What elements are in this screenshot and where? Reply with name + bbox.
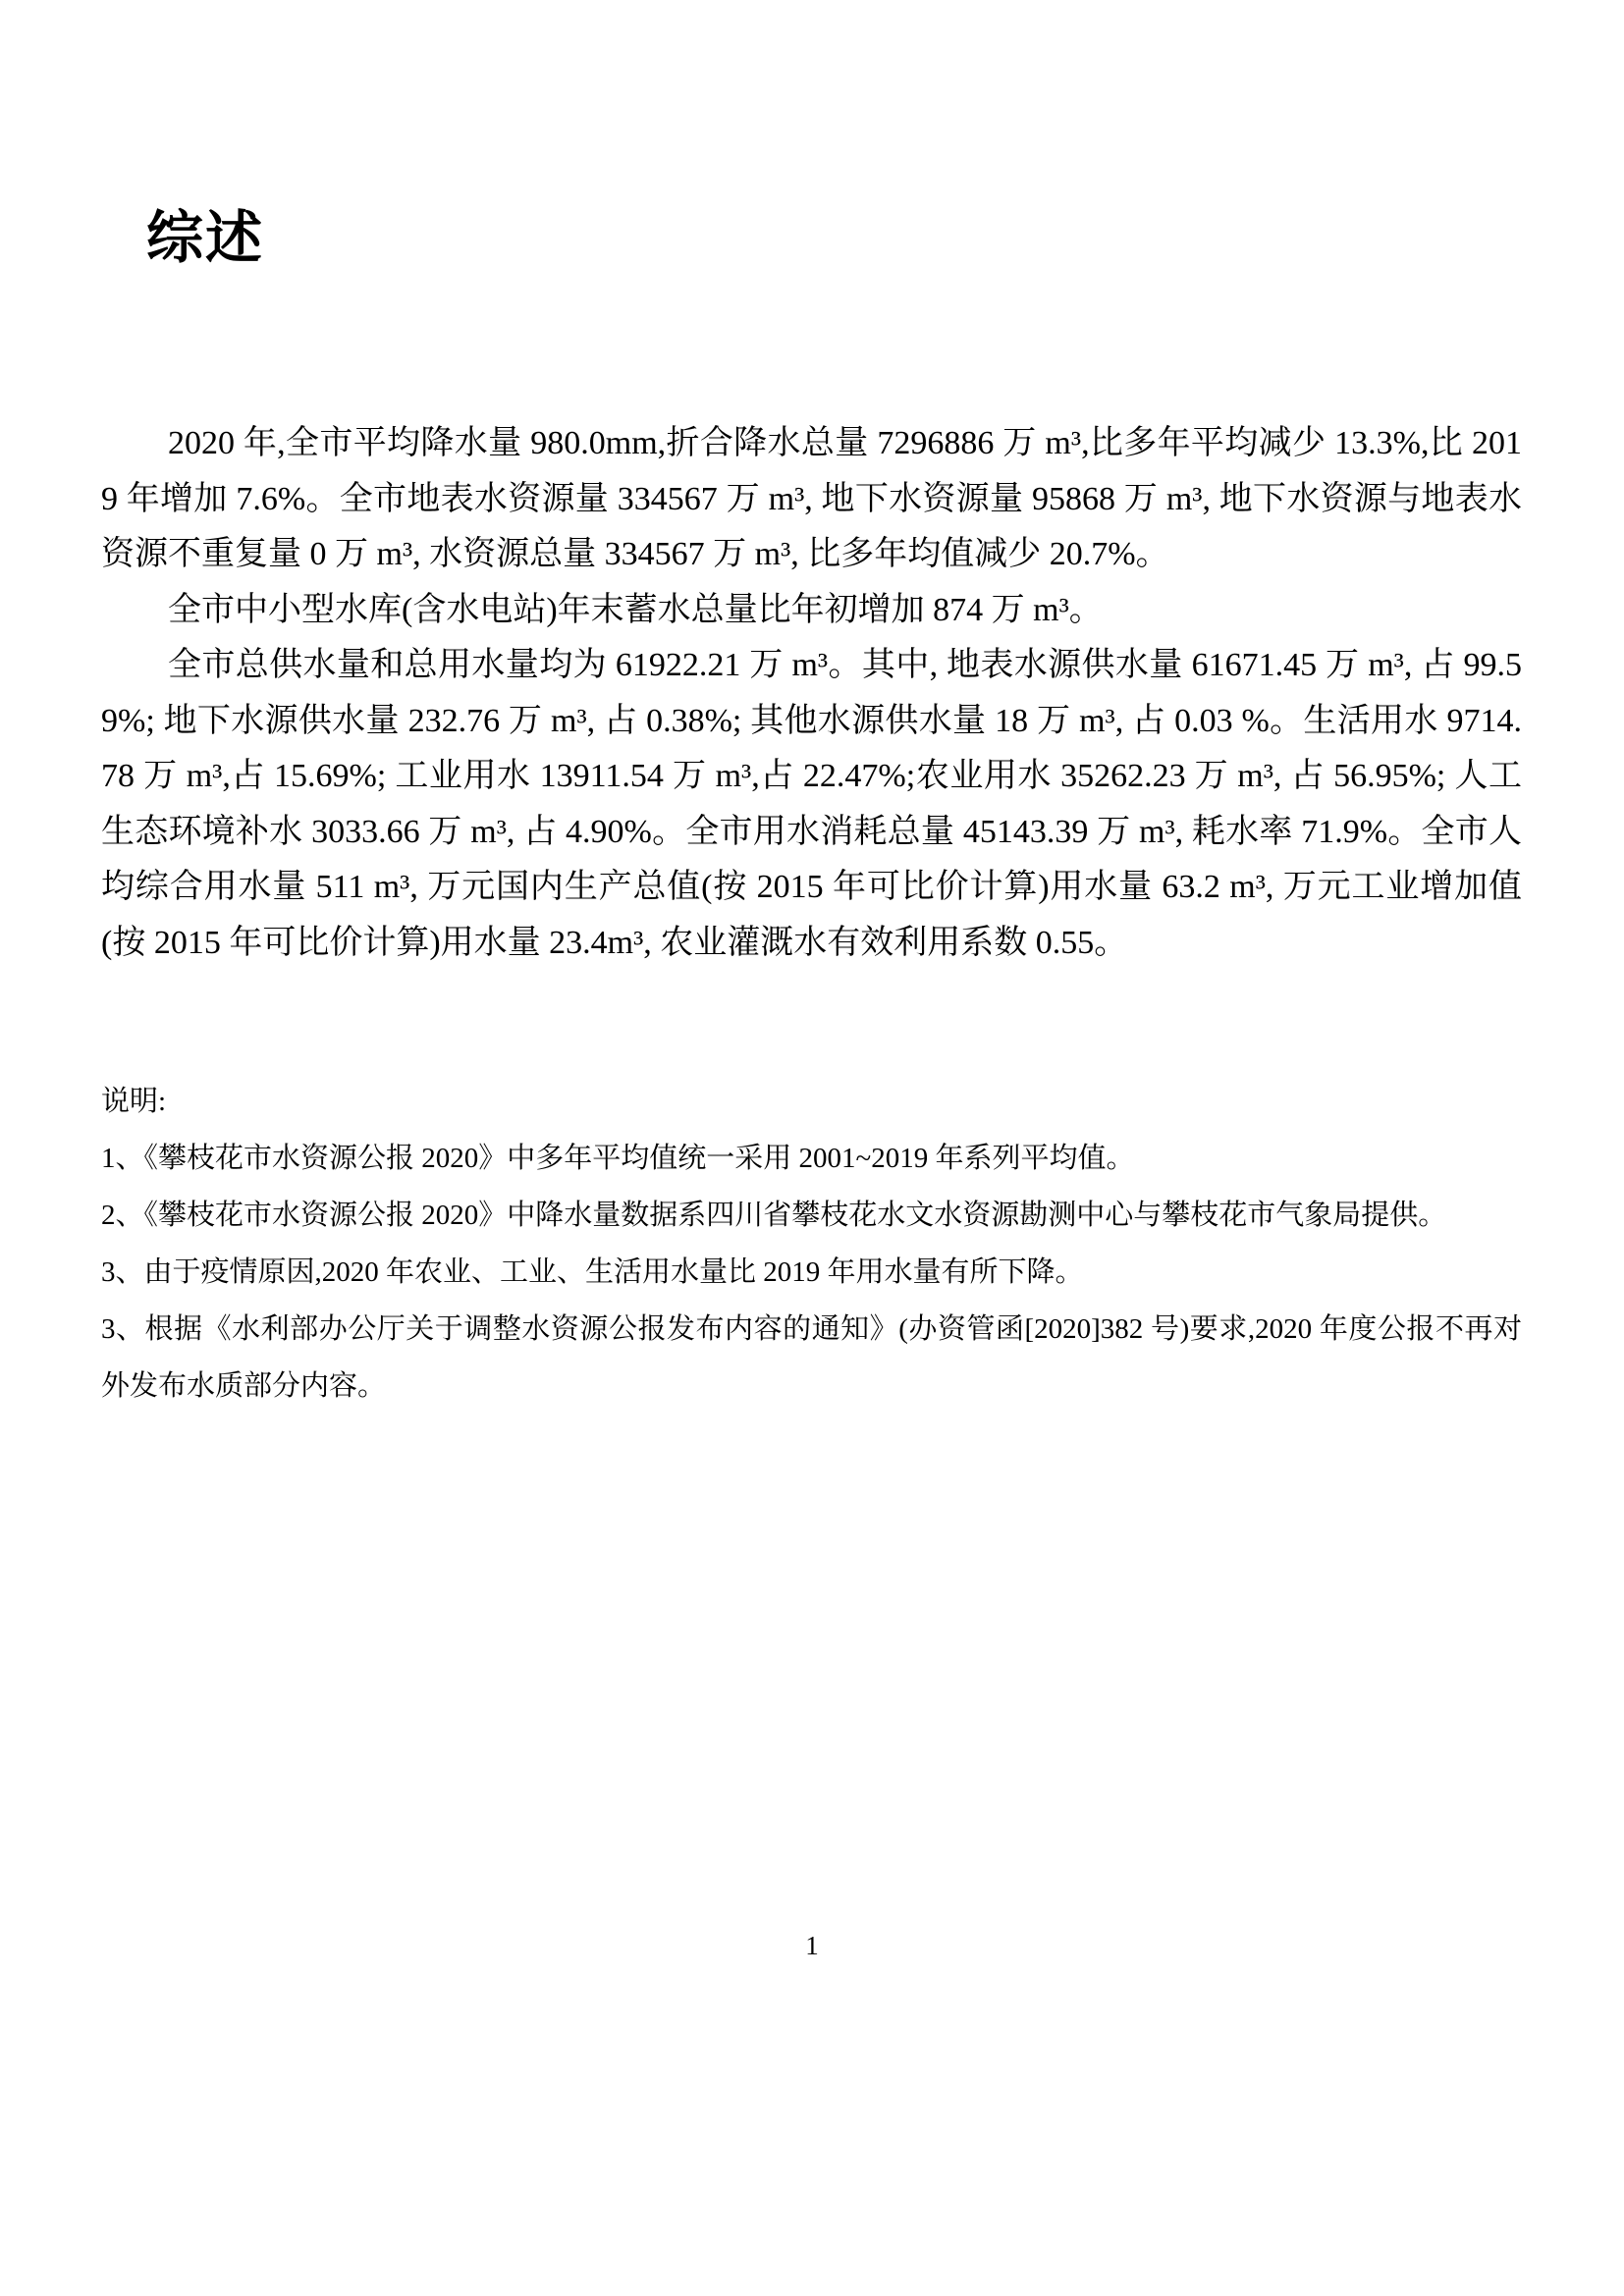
notes-section: 说明: 1、《攀枝花市水资源公报 2020》中多年平均值统一采用 2001~20… xyxy=(101,1073,1522,1415)
document-page: 综述 2020 年,全市平均降水量 980.0mm,折合降水总量 7296886… xyxy=(0,0,1624,2296)
note-item-3: 3、由于疫情原因,2020 年农业、工业、生活用水量比 2019 年用水量有所下… xyxy=(101,1244,1522,1301)
notes-label: 说明: xyxy=(101,1073,1522,1130)
paragraph-reservoir-storage: 全市中小型水库(含水电站)年末蓄水总量比年初增加 874 万 m³。 xyxy=(101,583,1522,639)
note-item-2: 2、《攀枝花市水资源公报 2020》中降水量数据系四川省攀枝花水文水资源勘测中心… xyxy=(101,1187,1522,1244)
body-text: 2020 年,全市平均降水量 980.0mm,折合降水总量 7296886 万 … xyxy=(101,416,1522,971)
note-item-1: 1、《攀枝花市水资源公报 2020》中多年平均值统一采用 2001~2019 年… xyxy=(101,1130,1522,1187)
page-number: 1 xyxy=(0,1930,1624,1961)
note-item-4: 3、根据《水利部办公厅关于调整水资源公报发布内容的通知》(办资管函[2020]3… xyxy=(101,1301,1522,1415)
paragraph-water-supply-use: 全市总供水量和总用水量均为 61922.21 万 m³。其中, 地表水源供水量 … xyxy=(101,638,1522,971)
page-title: 综述 xyxy=(146,0,1522,273)
paragraph-rainfall-resources: 2020 年,全市平均降水量 980.0mm,折合降水总量 7296886 万 … xyxy=(101,416,1522,583)
